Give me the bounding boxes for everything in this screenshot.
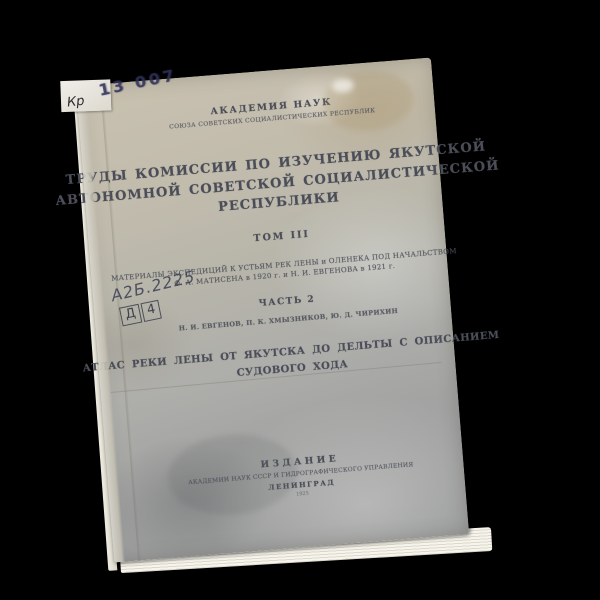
authors-line: Н. И. ЕВГЕНОВ, П. К. ХМЫЗНИКОВ, Ю. Д. ЧИ… bbox=[178, 306, 398, 332]
volume-number: ТОМ III bbox=[253, 228, 310, 243]
series-title: ТРУДЫ КОМИССИИ ПО ИЗУЧЕНИЮ ЯКУТСКОЙ АВТО… bbox=[53, 136, 502, 230]
book-cover: АКАДЕМИЯ НАУК СОЮЗА СОВЕТСКИХ СОЦИАЛИСТИ… bbox=[76, 57, 469, 562]
spine-strip bbox=[76, 85, 125, 562]
main-title: АТЛАС РЕКИ ЛЕНЫ ОТ ЯКУТСКА ДО ДЕЛЬТЫ С О… bbox=[82, 326, 501, 393]
part-number: ЧАСТЬ 2 bbox=[258, 294, 315, 309]
corner-label-handwriting: Кр bbox=[66, 94, 85, 111]
shelf-mark-box-1: Д bbox=[119, 304, 143, 327]
photo-scene: АКАДЕМИЯ НАУК СОЮЗА СОВЕТСКИХ СОЦИАЛИСТИ… bbox=[0, 0, 600, 600]
shelf-mark-box-2: 4 bbox=[141, 300, 163, 322]
stain bbox=[321, 67, 416, 134]
